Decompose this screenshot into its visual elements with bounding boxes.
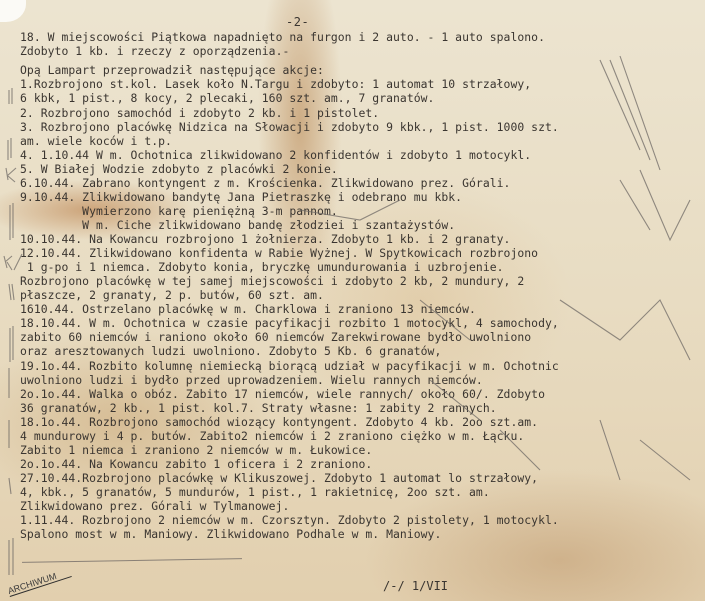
text-line: 1.Rozbrojono st.kol. Lasek koło N.Targu … — [20, 77, 531, 91]
text-line: 27.10.44.Rozbrojono placówkę w Klikuszow… — [20, 471, 538, 485]
text-line: Wymierzono karę pieniężną 3-m pannom. — [20, 204, 338, 218]
margin-mark-icon — [9, 478, 11, 494]
text-line: 10.10.44. Na Kowancu rozbrojono 1 żołnie… — [20, 232, 510, 246]
scribble-icon — [560, 300, 690, 360]
text-line: 12.10.44. Zlikwidowano konfidenta w Rabi… — [20, 246, 538, 260]
scribble-icon — [600, 56, 660, 170]
text-line: Zdobyto 1 kb. i rzeczy z oporządzenia.- — [20, 44, 289, 58]
text-line: 2o.1o.44. Walka o obóz. Zabito 17 niemcó… — [20, 387, 545, 401]
text-line: 36 granatów, 2 kb., 1 pist. kol.7. Strat… — [20, 401, 497, 415]
text-line: 2o.1o.44. Na Kowancu zabito 1 oficera i … — [20, 457, 372, 471]
text-line: oraz aresztowanych ludzi uwolniono. Zdob… — [20, 344, 441, 358]
text-line: am. wiele koców i t.p. — [20, 134, 172, 148]
text-line: 3. Rozbrojono placówkę Nidzica na Słowac… — [20, 120, 559, 134]
document-page: -2- 18. W miejscowości Piątkowa napadnię… — [0, 0, 705, 601]
text-line: 5. W Białej Wodzie zdobyto z placówki 2 … — [20, 162, 338, 176]
text-line: 4. 1.10.44 W m. Ochotnica zlikwidowano 2… — [20, 148, 531, 162]
scribble-icon — [620, 170, 690, 240]
margin-mark-icon — [10, 326, 13, 362]
torn-corner — [0, 0, 26, 22]
page-number: -2- — [286, 15, 309, 29]
margin-mark-icon — [9, 88, 12, 104]
pencil-rule — [22, 558, 242, 563]
text-line: 1610.44. Ostrzelano placówkę w m. Charkl… — [20, 302, 476, 316]
text-line: płaszcze, 2 granaty, 2 p. butów, 60 szt.… — [20, 288, 324, 302]
text-line: 6.10.44. Zabrano kontyngent z m. Kroście… — [20, 176, 510, 190]
text-line: 9.10.44. Zlikwidowano bandytę Jana Pietr… — [20, 190, 462, 204]
archive-stamp: ARCHIWUM — [7, 567, 72, 597]
text-line: 18.1o.44. Rozbrojono samochód wiozący ko… — [20, 415, 538, 429]
text-line: 19.1o.44. Rozbito kolumnę niemiecką bior… — [20, 359, 559, 373]
text-line: W m. Ciche zlikwidowano bandę złodziei i… — [20, 218, 455, 232]
text-line: 18. W miejscowości Piątkowa napadnięto n… — [20, 30, 545, 44]
margin-k-icon — [6, 168, 16, 182]
text-line: Rozbrojono placówkę w tej samej miejscow… — [20, 274, 524, 288]
text-line: Zlikwidowano prez. Górali w Tylmanowej. — [20, 499, 289, 513]
text-line: 1 g-po i 1 niemca. Zdobyto konia, bryczk… — [20, 260, 504, 274]
text-line: Spalono most w m. Maniowy. Zlikwidowano … — [20, 527, 441, 541]
margin-mark-icon — [9, 284, 14, 300]
text-line: zabito 60 niemców i raniono około 60 nie… — [20, 330, 531, 344]
text-line: Zabito 1 niemca i zraniono 2 niemców w m… — [20, 443, 372, 457]
margin-mark-icon — [9, 538, 13, 575]
text-line: 2. Rozbrojono samochód i zdobyto 2 kb. i… — [20, 106, 379, 120]
margin-mark-icon — [10, 203, 13, 240]
text-line: uwolniono ludzi i bydło przed uprowadzen… — [20, 373, 483, 387]
text-line: 4, kbk., 5 granatów, 5 mundurów, 1 pist.… — [20, 485, 490, 499]
signature: /-/ 1/VII — [383, 579, 448, 593]
text-line: 1.11.44. Rozbrojono 2 niemców w m. Czors… — [20, 513, 559, 527]
text-line: 6 kbk, 1 pist., 8 kocy, 2 plecaki, 160 s… — [20, 91, 434, 105]
text-line: Opą Lampart przeprowadził następujące ak… — [20, 63, 324, 77]
margin-mark-icon — [8, 138, 11, 160]
text-line: 4 mundurowy i 4 p. butów. Zabito2 niemcó… — [20, 429, 524, 443]
text-line: 18.10.44. W m. Ochotnica w czasie pacyfi… — [20, 316, 559, 330]
